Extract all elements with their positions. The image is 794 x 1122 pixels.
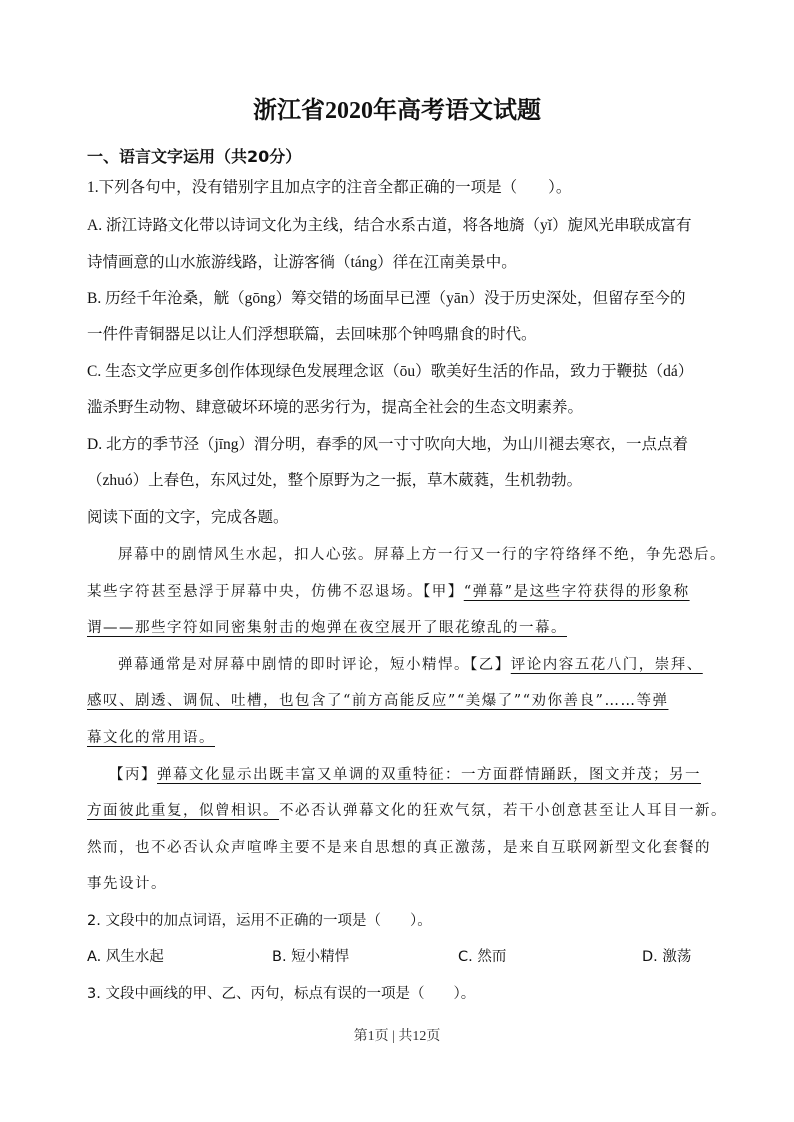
- q1-option-c-line2: 滥杀野生动物、肆意破坏环境的恶劣行为，提高全社会的生态文明素养。: [87, 398, 583, 418]
- underlined-sentence-yi-end: 幕文化的常用语。: [87, 730, 215, 746]
- underlined-sentence-bing-cont: 方面彼此重复，似曾相识。: [87, 803, 279, 819]
- q1-option-d-line2: （zhuó）上春色，东风过处，整个原野为之一振，草木葳蕤，生机勃勃。: [87, 471, 582, 491]
- q1-option-b-line1: B. 历经千年沧桑，觥（gōng）筹交错的场面早已湮（yān）没于历史深处，但留…: [87, 289, 685, 309]
- passage-p2-line1-text: 弹幕通常是对屏幕中剧情的即时评论，短小精悍。【乙】: [118, 657, 511, 673]
- reading-instruction: 阅读下面的文字，完成各题。: [87, 508, 289, 528]
- underlined-sentence-yi: 评论内容五花八门，崇拜、: [511, 657, 703, 673]
- q1-option-b-line2: 一件件青铜器足以让人们浮想联篇，去回味那个钟鸣鼎食的时代。: [87, 325, 537, 345]
- underlined-sentence-bing: 弹幕文化显示出既丰富又单调的双重特征：一方面群情踊跃，图文并茂；另一: [157, 767, 701, 783]
- passage-p1-line2-text: 某些字符甚至悬浮于屏幕中央，仿佛不忍退场。【甲】: [87, 584, 464, 600]
- q2-option-d: D. 激荡: [642, 947, 691, 967]
- passage-p3-line3: 然而，也不必否认众声喧哗主要不是来自思想的真正激荡，是来自互联网新型文化套餐的: [87, 838, 711, 858]
- q1-option-a-line1: A. 浙江诗路文化带以诗词文化为主线，结合水系古道，将各地旖（yǐ）旎风光串联成…: [87, 216, 692, 236]
- underlined-sentence-jia: “弹幕”是这些字符获得的形象称: [464, 584, 690, 600]
- page-title: 浙江省2020年高考语文试题: [0, 96, 794, 126]
- passage-p2-line3: 幕文化的常用语。: [87, 728, 215, 748]
- page-footer: 第1页 | 共12页: [0, 1025, 794, 1045]
- q1-option-a-line2: 诗情画意的山水旅游线路，让游客徜（táng）徉在江南美景中。: [87, 253, 517, 273]
- passage-p3-marker: 【丙】: [109, 767, 157, 783]
- question-2-stem: 2. 文段中的加点词语，运用不正确的一项是（ ）。: [87, 911, 432, 931]
- passage-p3-line4: 事先设计。: [87, 874, 167, 894]
- passage-p2-line2: 感叹、剧透、调侃、吐槽，也包含了“前方高能反应”“美爆了”“劝你善良”……等弹: [87, 691, 668, 711]
- underlined-sentence-yi-cont: 感叹、剧透、调侃、吐槽，也包含了“前方高能反应”“美爆了”“劝你善良”……等弹: [87, 693, 668, 709]
- passage-p3-line2: 方面彼此重复，似曾相识。不必否认弹幕文化的狂欢气氛，若干小创意甚至让人耳目一新。: [87, 801, 727, 821]
- q2-option-b: B. 短小精悍: [272, 947, 349, 967]
- q1-option-d-line1: D. 北方的季节泾（jīng）渭分明，春季的风一寸寸吹向大地，为山川褪去寒衣，一…: [87, 435, 688, 455]
- passage-p1-line3: 谓——那些字符如同密集射击的炮弹在夜空展开了眼花缭乱的一幕。: [87, 618, 567, 638]
- passage-p2-line1: 弹幕通常是对屏幕中剧情的即时评论，短小精悍。【乙】评论内容五花八门，崇拜、: [87, 655, 703, 675]
- passage-p1-line1: 屏幕中的剧情风生水起，扣人心弦。屏幕上方一行又一行的字符络绎不绝，争先恐后。: [87, 545, 726, 565]
- q2-option-c: C. 然而: [458, 947, 506, 967]
- question-1-stem: 1.下列各句中，没有错别字且加点字的注音全都正确的一项是（ ）。: [87, 178, 571, 198]
- passage-p3-line1: 【丙】弹幕文化显示出既丰富又单调的双重特征：一方面群情踊跃，图文并茂；另一: [87, 765, 701, 785]
- document-page: 浙江省2020年高考语文试题 一、语言文字运用（共20分） 1.下列各句中，没有…: [0, 0, 794, 1122]
- section-heading: 一、语言文字运用（共20分）: [87, 146, 301, 168]
- q2-option-a: A. 风生水起: [87, 947, 164, 967]
- question-3-stem: 3. 文段中画线的甲、乙、丙句，标点有误的一项是（ ）。: [87, 984, 475, 1004]
- passage-p3-line2-text: 不必否认弹幕文化的狂欢气氛，若干小创意甚至让人耳目一新。: [279, 803, 727, 819]
- passage-p1-line2: 某些字符甚至悬浮于屏幕中央，仿佛不忍退场。【甲】“弹幕”是这些字符获得的形象称: [87, 582, 690, 602]
- q1-option-c-line1: C. 生态文学应更多创作体现绿色发展理念讴（ōu）歌美好生活的作品，致力于鞭挞（…: [87, 362, 693, 382]
- underlined-sentence-jia-cont: 谓——那些字符如同密集射击的炮弹在夜空展开了眼花缭乱的一幕。: [87, 620, 567, 636]
